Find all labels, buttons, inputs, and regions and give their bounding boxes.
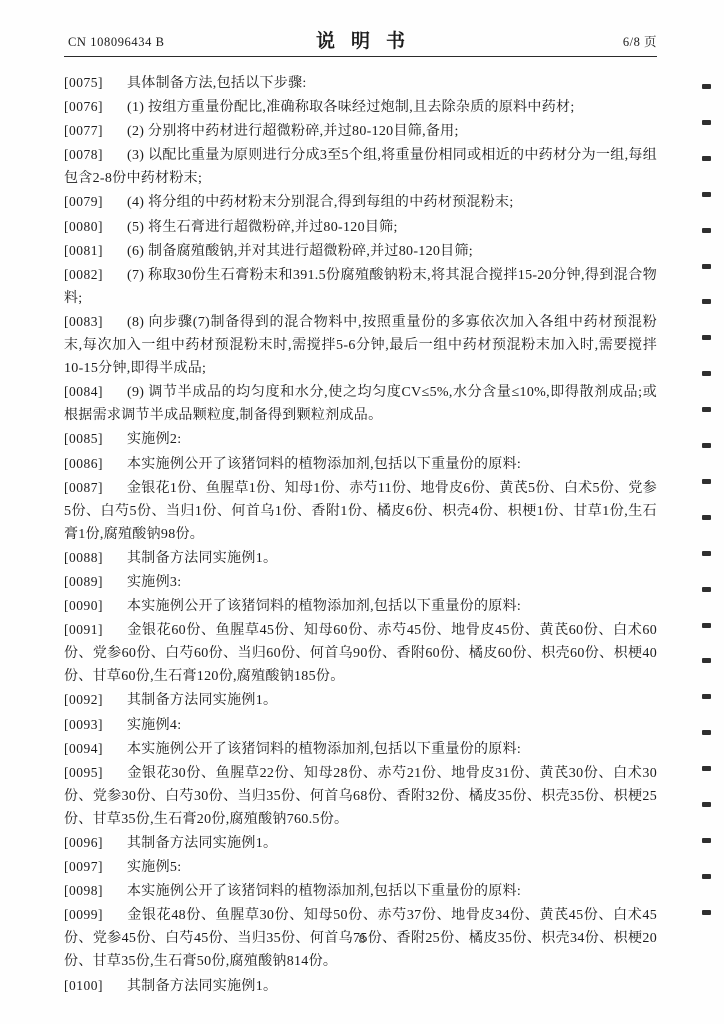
paragraph-text: (1) 按组方重量份配比,准确称取各味经过炮制,且去除杂质的原料中药材; (127, 100, 575, 115)
scan-registration-mark (702, 371, 711, 376)
paragraph-text: 具体制备方法,包括以下步骤: (127, 76, 307, 91)
paragraph: [0100]其制备方法同实施例1。 (64, 974, 657, 998)
paragraph: [0081](6) 制备腐殖酸钠,并对其进行超微粉碎,并过80-120目筛; (64, 239, 657, 263)
paragraph-text: (5) 将生石膏进行超微粉碎,并过80-120目筛; (127, 220, 398, 235)
paragraph: [0083](8) 向步骤(7)制备得到的混合物料中,按照重量份的多寡依次加入各… (64, 310, 657, 380)
paragraph-number: [0090] (64, 594, 111, 617)
paragraph-text: 其制备方法同实施例1。 (127, 551, 277, 566)
scan-registration-mark (702, 156, 711, 161)
paragraph: [0080](5) 将生石膏进行超微粉碎,并过80-120目筛; (64, 215, 657, 239)
paragraph-text: 金银花30份、鱼腥草22份、知母28份、赤芍21份、地骨皮31份、黄芪30份、白… (64, 766, 657, 827)
paragraph-number: [0100] (64, 974, 111, 997)
scan-registration-mark (702, 730, 711, 735)
paragraph-number: [0082] (64, 263, 111, 286)
scan-registration-mark (702, 228, 711, 233)
paragraph: [0087]金银花1份、鱼腥草1份、知母1份、赤芍11份、地骨皮6份、黄芪5份、… (64, 476, 657, 546)
paragraph: [0090]本实施例公开了该猪饲料的植物添加剂,包括以下重量份的原料: (64, 594, 657, 618)
paragraph-number: [0079] (64, 190, 111, 213)
paragraph-text: (3) 以配比重量为原则进行分成3至5个组,将重量份相同或相近的中药材分为一组,… (64, 148, 657, 186)
page-footer: 8 (0, 931, 724, 947)
scan-registration-mark (702, 299, 711, 304)
paragraph-text: 其制备方法同实施例1。 (127, 979, 277, 994)
paragraph: [0088]其制备方法同实施例1。 (64, 546, 657, 570)
paragraph-number: [0098] (64, 879, 111, 902)
paragraph-number: [0091] (64, 618, 111, 641)
paragraph-number: [0081] (64, 239, 111, 262)
scan-registration-mark (702, 479, 711, 484)
paragraph: [0077](2) 分别将中药材进行超微粉碎,并过80-120目筛,备用; (64, 119, 657, 143)
paragraph: [0097]实施例5: (64, 855, 657, 879)
paragraph-number: [0075] (64, 71, 111, 94)
paragraph-text: 本实施例公开了该猪饲料的植物添加剂,包括以下重量份的原料: (127, 884, 521, 899)
paragraph: [0084](9) 调节半成品的均匀度和水分,使之均匀度CV≤5%,水分含量≤1… (64, 380, 657, 427)
paragraph-number: [0095] (64, 761, 111, 784)
paragraph-number: [0097] (64, 855, 111, 878)
page-header: CN 108096434 B 说明书 6/8 页 (64, 0, 657, 57)
paragraph-number: [0083] (64, 310, 111, 333)
paragraph: [0079](4) 将分组的中药材粉末分别混合,得到每组的中药材预混粉末; (64, 190, 657, 214)
page-number: 8 (359, 931, 366, 946)
scan-registration-mark (702, 192, 711, 197)
paragraph-number: [0086] (64, 452, 111, 475)
paragraph-text: 实施例3: (127, 575, 181, 590)
page-indicator: 6/8 页 (623, 32, 657, 50)
paragraph-number: [0084] (64, 380, 111, 403)
scan-registration-mark (702, 623, 711, 628)
paragraph: [0096]其制备方法同实施例1。 (64, 831, 657, 855)
paragraph-number: [0092] (64, 688, 111, 711)
paragraph-number: [0088] (64, 546, 111, 569)
scan-registration-mark (702, 120, 711, 125)
paragraph-text: 本实施例公开了该猪饲料的植物添加剂,包括以下重量份的原料: (127, 599, 521, 614)
paragraph-text: (8) 向步骤(7)制备得到的混合物料中,按照重量份的多寡依次加入各组中药材预混… (64, 315, 657, 376)
paragraph-text: (7) 称取30份生石膏粉末和391.5份腐殖酸钠粉末,将其混合搅拌15-20分… (64, 268, 657, 306)
paragraph-number: [0089] (64, 570, 111, 593)
paragraph-text: 本实施例公开了该猪饲料的植物添加剂,包括以下重量份的原料: (127, 742, 521, 757)
paragraph: [0089]实施例3: (64, 570, 657, 594)
paragraph-text: (4) 将分组的中药材粉末分别混合,得到每组的中药材预混粉末; (127, 195, 514, 210)
paragraph-text: (6) 制备腐殖酸钠,并对其进行超微粉碎,并过80-120目筛; (127, 244, 473, 259)
publication-number: CN 108096434 B (68, 35, 165, 50)
paragraph: [0092]其制备方法同实施例1。 (64, 688, 657, 712)
document-title: 说明书 (300, 26, 421, 53)
paragraph-number: [0085] (64, 427, 111, 450)
scan-registration-mark (702, 838, 711, 843)
paragraph: [0078](3) 以配比重量为原则进行分成3至5个组,将重量份相同或相近的中药… (64, 143, 657, 190)
scan-registration-mark (702, 264, 711, 269)
paragraph-text: 实施例2: (127, 432, 181, 447)
paragraph-text: 实施例4: (127, 718, 181, 733)
paragraph-text: 本实施例公开了该猪饲料的植物添加剂,包括以下重量份的原料: (127, 457, 521, 472)
paragraph-text: (9) 调节半成品的均匀度和水分,使之均匀度CV≤5%,水分含量≤10%,即得散… (64, 385, 657, 423)
paragraph-number: [0080] (64, 215, 111, 238)
paragraph: [0098]本实施例公开了该猪饲料的植物添加剂,包括以下重量份的原料: (64, 879, 657, 903)
paragraph: [0086]本实施例公开了该猪饲料的植物添加剂,包括以下重量份的原料: (64, 452, 657, 476)
paragraph: [0085]实施例2: (64, 427, 657, 451)
paragraph-number: [0096] (64, 831, 111, 854)
scan-registration-mark (702, 910, 711, 915)
scan-registration-mark (702, 874, 711, 879)
paragraph: [0093]实施例4: (64, 713, 657, 737)
paragraph: [0076](1) 按组方重量份配比,准确称取各味经过炮制,且去除杂质的原料中药… (64, 95, 657, 119)
specification-body: [0075]具体制备方法,包括以下步骤:[0076](1) 按组方重量份配比,准… (64, 71, 657, 998)
paragraph-text: 金银花60份、鱼腥草45份、知母60份、赤芍45份、地骨皮45份、黄芪60份、白… (64, 623, 657, 684)
paragraph: [0091]金银花60份、鱼腥草45份、知母60份、赤芍45份、地骨皮45份、黄… (64, 618, 657, 688)
paragraph-number: [0077] (64, 119, 111, 142)
scan-registration-mark (702, 658, 711, 663)
scan-registration-mark (702, 515, 711, 520)
scan-registration-mark (702, 335, 711, 340)
paragraph-text: (2) 分别将中药材进行超微粉碎,并过80-120目筛,备用; (127, 124, 459, 139)
scan-registration-mark (702, 802, 711, 807)
paragraph-number: [0078] (64, 143, 111, 166)
paragraph: [0095]金银花30份、鱼腥草22份、知母28份、赤芍21份、地骨皮31份、黄… (64, 761, 657, 831)
scan-registration-mark (702, 84, 711, 89)
paragraph-number: [0094] (64, 737, 111, 760)
paragraph-text: 实施例5: (127, 860, 181, 875)
scan-registration-mark (702, 443, 711, 448)
paragraph: [0094]本实施例公开了该猪饲料的植物添加剂,包括以下重量份的原料: (64, 737, 657, 761)
paragraph-number: [0093] (64, 713, 111, 736)
paragraph-number: [0099] (64, 903, 111, 926)
scan-registration-mark (702, 551, 711, 556)
paragraph-number: [0087] (64, 476, 111, 499)
paragraph-text: 金银花1份、鱼腥草1份、知母1份、赤芍11份、地骨皮6份、黄芪5份、白术5份、党… (64, 481, 657, 542)
paragraph-text: 其制备方法同实施例1。 (127, 836, 277, 851)
paragraph-number: [0076] (64, 95, 111, 118)
patent-document-page: CN 108096434 B 说明书 6/8 页 [0075]具体制备方法,包括… (0, 0, 724, 1024)
scan-registration-mark (702, 587, 711, 592)
scan-registration-mark (702, 766, 711, 771)
scan-registration-mark (702, 407, 711, 412)
paragraph-text: 其制备方法同实施例1。 (127, 693, 277, 708)
paragraph: [0082](7) 称取30份生石膏粉末和391.5份腐殖酸钠粉末,将其混合搅拌… (64, 263, 657, 310)
paragraph: [0075]具体制备方法,包括以下步骤: (64, 71, 657, 95)
scan-registration-mark (702, 694, 711, 699)
